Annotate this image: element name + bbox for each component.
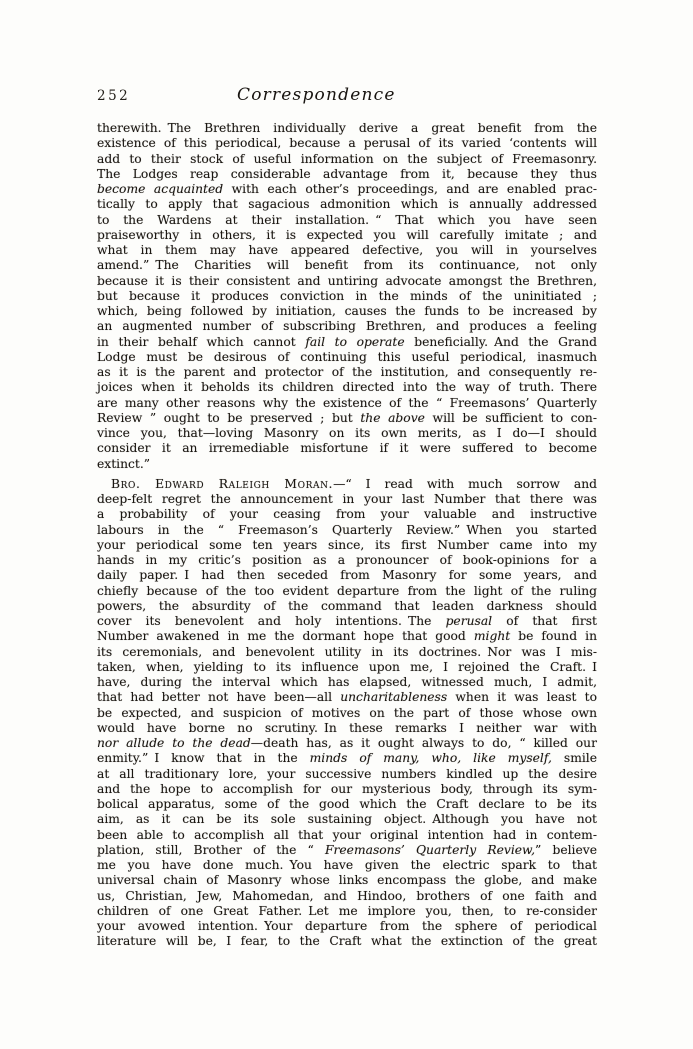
text-line: tically to apply that sagacious admoniti… xyxy=(97,197,597,212)
text-line: bolical apparatus, some of the good whic… xyxy=(97,797,597,812)
page-header: 252 Correspondence xyxy=(97,85,597,105)
text-segment: are many other reasons why the existence… xyxy=(97,396,597,410)
text-segment: as it is the parent and protector of the… xyxy=(97,365,597,379)
text-segment: ” believe xyxy=(535,843,597,857)
text-line: but because it produces conviction in th… xyxy=(97,289,597,304)
text-segment: minds of many, who, like myself, xyxy=(310,751,552,765)
text-line: consider it an irremediable misfortune i… xyxy=(97,441,597,456)
text-segment: with each other’s proceedings, and are e… xyxy=(223,182,597,196)
text-line: are many other reasons why the existence… xyxy=(97,396,597,411)
text-segment: will be sufficient to con- xyxy=(425,411,597,425)
text-line: to the Wardens at their installation. “ … xyxy=(97,213,597,228)
page-body-text: therewith. The Brethren individually der… xyxy=(97,121,597,950)
text-segment: be expected, and suspicion of motives on… xyxy=(97,706,597,720)
text-segment: what in them may have appeared defective… xyxy=(97,243,597,257)
text-line: universal chain of Masonry whose links e… xyxy=(97,873,597,888)
text-segment: bolical apparatus, some of the good whic… xyxy=(97,797,597,811)
text-segment: me you have done much. You have given th… xyxy=(97,858,597,872)
text-line: your avowed intention. Your departure fr… xyxy=(97,919,597,934)
text-line: existence of this periodical, because a … xyxy=(97,136,597,151)
text-line: children of one Great Father. Let me imp… xyxy=(97,904,597,919)
text-segment: daily paper. I had then seceded from Mas… xyxy=(97,568,597,582)
text-line: as it is the parent and protector of the… xyxy=(97,365,597,380)
text-segment: and the hope to accomplish for our myste… xyxy=(97,782,597,796)
text-segment: be found in xyxy=(510,629,597,643)
text-segment: hands in my critic’s position as a prono… xyxy=(97,553,597,567)
text-segment: amend.” The Charities will benefit from … xyxy=(97,258,597,272)
text-line: me you have done much. You have given th… xyxy=(97,858,597,873)
text-line: chiefly because of the too evident depar… xyxy=(97,584,597,599)
text-line: what in them may have appeared defective… xyxy=(97,243,597,258)
paragraph: Bro. Edward Raleigh Moran.—“ I read with… xyxy=(97,477,597,950)
text-line: powers, the absurdity of the command tha… xyxy=(97,599,597,614)
text-segment: extinct.” xyxy=(97,457,150,471)
text-line: add to their stock of useful information… xyxy=(97,152,597,167)
scanned-book-page: 252 Correspondence therewith. The Brethr… xyxy=(0,0,693,1049)
text-segment: Freemasons’ Quarterly Review, xyxy=(325,843,535,857)
text-segment: beneficially. And the Grand xyxy=(405,335,597,349)
text-segment: tically to apply that sagacious admoniti… xyxy=(97,197,597,211)
paragraph: therewith. The Brethren individually der… xyxy=(97,121,597,472)
text-line: that had better not have been—all unchar… xyxy=(97,690,597,705)
text-segment: Lodge must be desirous of continuing thi… xyxy=(97,350,597,364)
text-line: aim, as it can be its sole sustaining ob… xyxy=(97,812,597,827)
text-segment: an augmented number of subscribing Breth… xyxy=(97,319,597,333)
text-segment: nor allude to the dead xyxy=(97,736,251,750)
text-line: daily paper. I had then seceded from Mas… xyxy=(97,568,597,583)
text-segment: The Lodges reap considerable advantage f… xyxy=(97,167,597,181)
text-line: literature will be, I fear, to the Craft… xyxy=(97,934,597,949)
text-line: and the hope to accomplish for our myste… xyxy=(97,782,597,797)
text-line: hands in my critic’s position as a prono… xyxy=(97,553,597,568)
text-segment: smile xyxy=(552,751,597,765)
text-line: Review ” ought to be preserved ; but the… xyxy=(97,411,597,426)
text-line: be expected, and suspicion of motives on… xyxy=(97,706,597,721)
text-segment: the above xyxy=(360,411,425,425)
text-line: a probability of your ceasing from your … xyxy=(97,507,597,522)
text-segment: vince you, that—loving Masonry on its ow… xyxy=(97,426,597,440)
text-segment: Review ” ought to be preserved ; but xyxy=(97,411,360,425)
text-segment: us, Christian, Jew, Mahomedan, and Hindo… xyxy=(97,889,597,903)
text-segment: existence of this periodical, because a … xyxy=(97,136,597,150)
text-line: praiseworthy in others, it is expected y… xyxy=(97,228,597,243)
text-segment: been able to accomplish all that your or… xyxy=(97,828,597,842)
text-segment: its ceremonials, and benevolent utility … xyxy=(97,645,597,659)
text-segment: which, being followed by initiation, cau… xyxy=(97,304,597,318)
text-line: enmity.” I know that in the minds of man… xyxy=(97,751,597,766)
text-line: deep-felt regret the announcement in you… xyxy=(97,492,597,507)
text-line: cover its benevolent and holy intentions… xyxy=(97,614,597,629)
text-segment: Number awakened in me the dormant hope t… xyxy=(97,629,474,643)
text-segment: —death has, as it ought always to do, “ … xyxy=(251,736,597,750)
text-segment: aim, as it can be its sole sustaining ob… xyxy=(97,812,597,826)
text-segment: of that first xyxy=(492,614,597,628)
text-line: us, Christian, Jew, Mahomedan, and Hindo… xyxy=(97,889,597,904)
text-line: Lodge must be desirous of continuing thi… xyxy=(97,350,597,365)
text-segment: consider it an irremediable misfortune i… xyxy=(97,441,597,455)
text-line: joices when it beholds its children dire… xyxy=(97,380,597,395)
text-segment: your periodical some ten years since, it… xyxy=(97,538,597,552)
text-segment: taken, when, yielding to its influence u… xyxy=(97,660,597,674)
text-segment: in their behalf which cannot xyxy=(97,335,305,349)
text-segment: add to their stock of useful information… xyxy=(97,152,597,166)
text-line: its ceremonials, and benevolent utility … xyxy=(97,645,597,660)
text-segment: therewith. The Brethren individually der… xyxy=(97,121,597,135)
text-segment: but because it produces conviction in th… xyxy=(97,289,597,303)
text-segment: joices when it beholds its children dire… xyxy=(97,380,597,394)
text-line: Bro. Edward Raleigh Moran.—“ I read with… xyxy=(97,477,597,492)
text-line: in their behalf which cannot fail to ope… xyxy=(97,335,597,350)
text-segment: literature will be, I fear, to the Craft… xyxy=(97,934,597,948)
text-segment: when it was least to xyxy=(447,690,597,704)
text-segment: to the Wardens at their installation. “ … xyxy=(97,213,597,227)
text-segment: praiseworthy in others, it is expected y… xyxy=(97,228,597,242)
text-segment: that had better not have been—all xyxy=(97,690,340,704)
text-line: at all traditionary lore, your successiv… xyxy=(97,767,597,782)
text-segment: would have borne no scrutiny. In these r… xyxy=(97,721,597,735)
text-line: would have borne no scrutiny. In these r… xyxy=(97,721,597,736)
text-segment: deep-felt regret the announcement in you… xyxy=(97,492,597,506)
text-line: an augmented number of subscribing Breth… xyxy=(97,319,597,334)
text-segment: labours in the “ Freemason’s Quarterly R… xyxy=(97,523,597,537)
text-segment: powers, the absurdity of the command tha… xyxy=(97,599,597,613)
text-segment: children of one Great Father. Let me imp… xyxy=(97,904,597,918)
text-segment: chiefly because of the too evident depar… xyxy=(97,584,597,598)
text-segment: perusal xyxy=(446,614,493,628)
text-segment: your avowed intention. Your departure fr… xyxy=(97,919,597,933)
text-line: amend.” The Charities will benefit from … xyxy=(97,258,597,273)
text-segment: uncharitableness xyxy=(340,690,447,704)
text-line: your periodical some ten years since, it… xyxy=(97,538,597,553)
text-segment: a probability of your ceasing from your … xyxy=(97,507,597,521)
text-segment: have, during the interval which has elap… xyxy=(97,675,597,689)
running-head-title: Correspondence xyxy=(237,85,396,105)
text-segment: become acquainted xyxy=(97,182,223,196)
text-segment: at all traditionary lore, your successiv… xyxy=(97,767,597,781)
page-number: 252 xyxy=(97,88,130,104)
author-name: Bro. Edward Raleigh Moran. xyxy=(111,477,333,491)
text-line: vince you, that—loving Masonry on its ow… xyxy=(97,426,597,441)
text-line: become acquainted with each other’s proc… xyxy=(97,182,597,197)
text-line: because it is their consistent and untir… xyxy=(97,274,597,289)
text-line: extinct.” xyxy=(97,457,597,472)
text-segment: universal chain of Masonry whose links e… xyxy=(97,873,597,887)
text-line: taken, when, yielding to its influence u… xyxy=(97,660,597,675)
text-line: labours in the “ Freemason’s Quarterly R… xyxy=(97,523,597,538)
text-line: been able to accomplish all that your or… xyxy=(97,828,597,843)
text-segment: cover its benevolent and holy intentions… xyxy=(97,614,446,628)
text-line: have, during the interval which has elap… xyxy=(97,675,597,690)
text-line: which, being followed by initiation, cau… xyxy=(97,304,597,319)
text-line: Number awakened in me the dormant hope t… xyxy=(97,629,597,644)
text-segment: —“ I read with much sorrow and xyxy=(333,477,597,491)
text-line: The Lodges reap considerable advantage f… xyxy=(97,167,597,182)
text-line: therewith. The Brethren individually der… xyxy=(97,121,597,136)
text-segment: enmity.” I know that in the xyxy=(97,751,310,765)
text-line: nor allude to the dead—death has, as it … xyxy=(97,736,597,751)
text-segment: might xyxy=(474,629,510,643)
text-line: plation, still, Brother of the “ Freemas… xyxy=(97,843,597,858)
text-segment: because it is their consistent and untir… xyxy=(97,274,597,288)
text-segment: fail to operate xyxy=(305,335,404,349)
text-segment: plation, still, Brother of the “ xyxy=(97,843,325,857)
